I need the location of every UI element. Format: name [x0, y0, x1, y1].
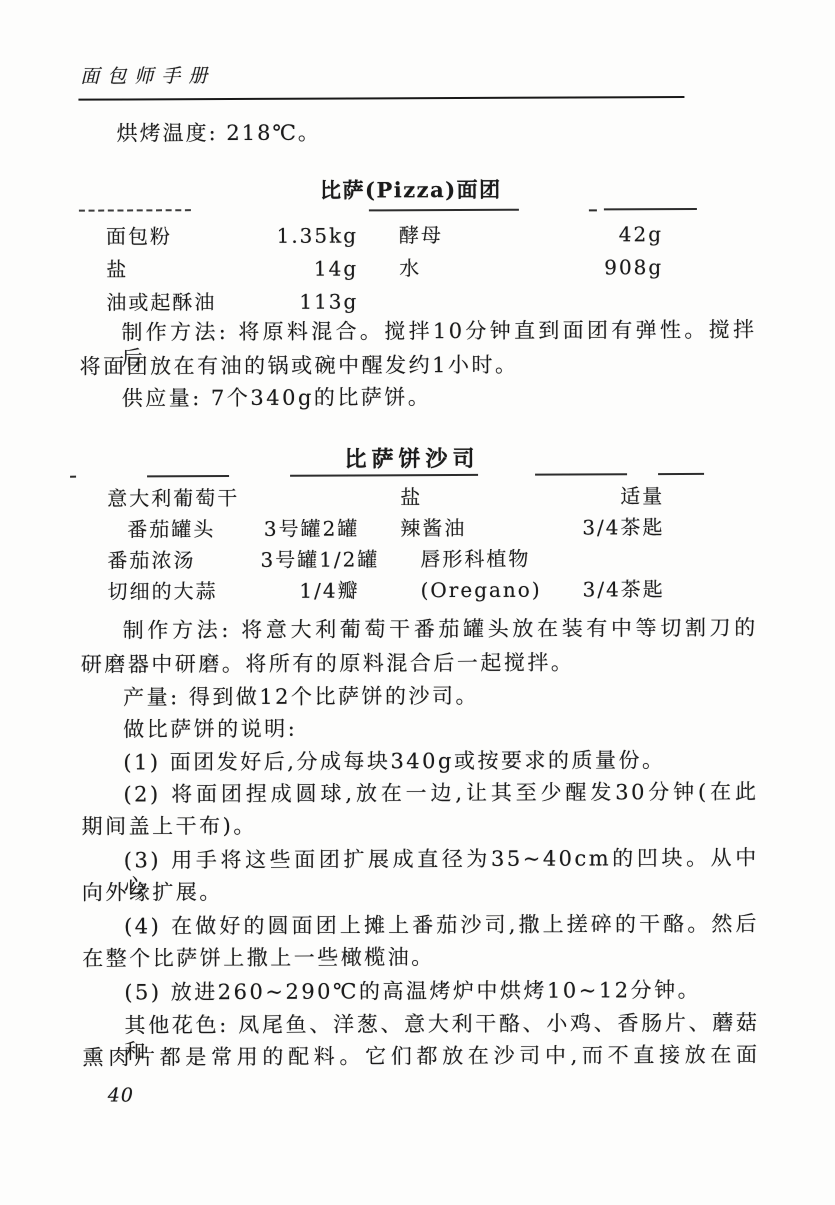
- ingredient-amount: 1/4瓣: [261, 575, 360, 606]
- ingredient-amount: 908g: [581, 251, 663, 284]
- ingredient-name: 唇形科植物: [420, 543, 602, 575]
- table-rule-segment: [604, 208, 697, 210]
- instructions-heading: 做比萨饼的说明:: [81, 714, 758, 743]
- ingredient-name: 盐: [400, 481, 582, 513]
- running-header-title: 面包师手册: [80, 61, 215, 89]
- ingredient-name: (Oregano): [401, 574, 583, 606]
- ingredient-name: 盐: [81, 253, 259, 287]
- sauce-method-line: 研磨器中研磨。将所有的原料混合后一起搅拌。: [81, 649, 758, 678]
- table-row: 盐 14g 水 908g: [81, 251, 756, 287]
- sauce-yield-line: 产量: 得到做12个比萨饼的沙司。: [81, 682, 758, 711]
- table-rule-segment: [290, 474, 478, 477]
- section-title-pizza-sauce: 比萨饼沙司: [82, 441, 742, 475]
- table-rule-segment: [79, 209, 191, 211]
- baking-temperature-line: 烘烤温度: 218℃。: [81, 117, 321, 148]
- table-rule-segment: [70, 476, 76, 478]
- ingredient-name: 意大利葡萄干: [82, 483, 260, 515]
- ingredient-amount: [602, 543, 684, 574]
- dough-ingredient-table: 面包粉 1.35kg 酵母 42g 盐 14g 水 908g 油或起酥油 113…: [81, 218, 756, 320]
- table-rule-segment: [535, 473, 627, 475]
- ingredient-name: [399, 284, 581, 318]
- sauce-ingredient-table: 意大利葡萄干 盐 适量 番茄罐头 3号罐2罐 辣酱油 3/4茶匙 番茄浓汤 3号…: [82, 481, 758, 608]
- ingredient-amount: 113g: [259, 285, 358, 318]
- ingredient-name: 番茄浓汤: [82, 545, 260, 577]
- instruction-step-2-cont: 期间盖上干布)。: [82, 811, 759, 840]
- ingredient-name: 油或起酥油: [81, 286, 259, 320]
- ingredient-name: 切细的大蒜: [83, 576, 261, 608]
- ingredient-name: 辣酱油: [400, 512, 582, 544]
- ingredient-name: 水: [399, 251, 581, 285]
- table-row: 面包粉 1.35kg 酵母 42g: [81, 218, 756, 254]
- instruction-step-5: (5) 放进260~290℃的高温烤炉中烘烤10~12分钟。: [82, 977, 759, 1006]
- page-number: 40: [108, 1084, 134, 1106]
- instruction-step-4-cont: 在整个比萨饼上撒上一些橄榄油。: [82, 943, 759, 972]
- table-rule-segment: [589, 209, 597, 211]
- instruction-step-4: (4) 在做好的圆面团上摊上番茄沙司,撒上搓碎的干酪。然后: [82, 911, 759, 940]
- ingredient-name: 酵母: [399, 218, 581, 252]
- dough-method-line: 将面团放在有油的锅或碗中醒发约1小时。: [80, 351, 757, 380]
- table-rule-segment: [369, 209, 519, 212]
- ingredient-amount: 42g: [581, 218, 663, 251]
- table-rule-segment: [658, 473, 704, 475]
- instruction-step-2: (2) 将面团捏成圆球,放在一边,让其至少醒发30分钟(在此: [81, 779, 758, 808]
- table-row: 意大利葡萄干 盐 适量: [82, 481, 757, 515]
- sauce-method-line: 制作方法: 将意大利葡萄干番茄罐头放在装有中等切割刀的: [81, 615, 758, 644]
- scanned-book-page: 面包师手册 烘烤温度: 218℃。 比萨(Pizza)面团 面包粉 1.35kg…: [0, 0, 835, 1205]
- section-title-pizza-dough: 比萨(Pizza)面团: [81, 173, 741, 206]
- ingredient-amount: 适量: [582, 481, 664, 512]
- table-row: 番茄浓汤 3号罐1/2罐 唇形科植物: [82, 543, 757, 577]
- ingredient-name: 番茄罐头: [82, 514, 260, 546]
- table-row: 番茄罐头 3号罐2罐 辣酱油 3/4茶匙: [82, 512, 757, 546]
- dough-yield-line: 供应量: 7个340g的比萨饼。: [80, 383, 757, 412]
- ingredient-amount: 3/4茶匙: [582, 512, 664, 543]
- ingredient-amount: 3号罐1/2罐: [260, 544, 379, 576]
- extra-toppings-line: 熏肉片都是常用的配料。它们都放在沙司中,而不直接放在面: [83, 1042, 760, 1071]
- table-row: 油或起酥油 113g: [81, 284, 756, 320]
- ingredient-amount: [260, 482, 359, 513]
- ingredient-amount: 3/4茶匙: [583, 574, 665, 605]
- ingredient-amount: 14g: [259, 252, 358, 285]
- ingredient-name: 面包粉: [81, 220, 259, 254]
- table-row: 切细的大蒜 1/4瓣 (Oregano) 3/4茶匙: [83, 574, 758, 608]
- ingredient-amount: [581, 284, 663, 317]
- table-rule-segment: [147, 475, 229, 477]
- instruction-step-3-cont: 向外缘扩展。: [82, 877, 759, 906]
- ingredient-amount: 1.35kg: [259, 219, 358, 252]
- header-rule: [78, 96, 684, 101]
- page-content: 面包师手册 烘烤温度: 218℃。 比萨(Pizza)面团 面包粉 1.35kg…: [0, 0, 835, 1205]
- ingredient-amount: 3号罐2罐: [260, 513, 359, 544]
- instruction-step-1: (1) 面团发好后,分成每块340g或按要求的质量份。: [81, 747, 758, 776]
